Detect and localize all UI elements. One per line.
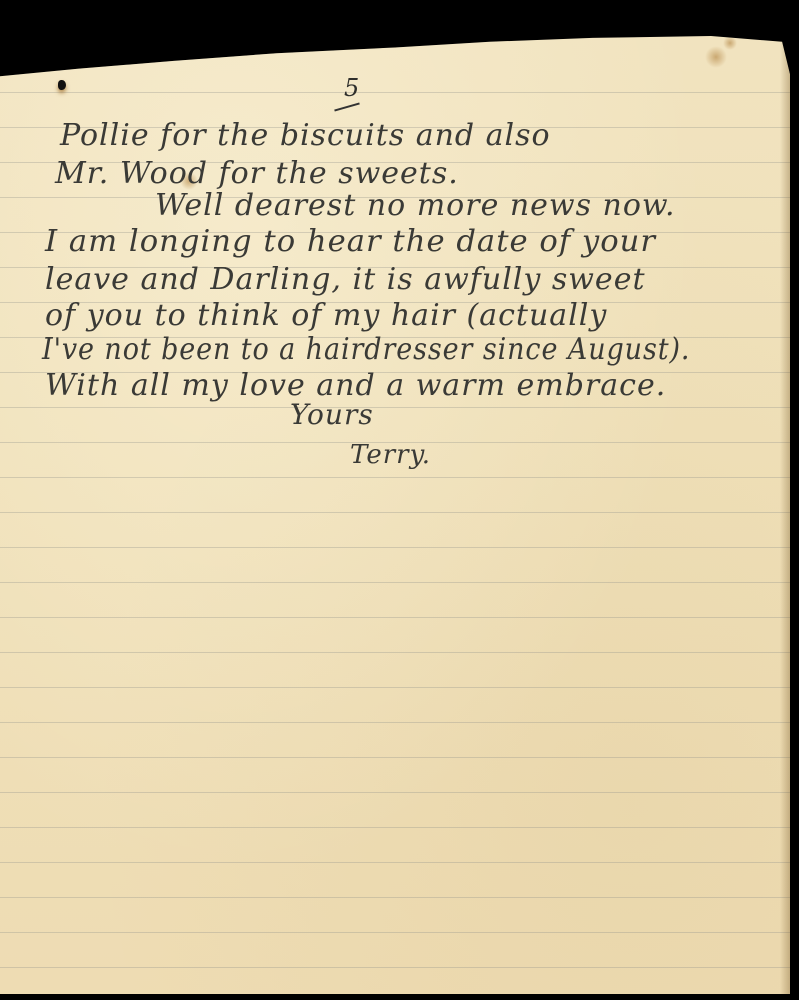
- ruled-line: [0, 862, 790, 863]
- ruled-line: [0, 477, 790, 478]
- ruled-line: [0, 512, 790, 513]
- ruled-line: [0, 687, 790, 688]
- ruled-line: [0, 792, 790, 793]
- ruled-line: [0, 407, 790, 408]
- letter-signature: Terry.: [350, 440, 431, 470]
- ruled-line: [0, 932, 790, 933]
- age-stain: [705, 46, 727, 68]
- letter-line-7: I've not been to a hairdresser since Aug…: [42, 332, 690, 367]
- letter-line-4: I am longing to hear the date of your: [45, 224, 656, 259]
- scan-background: 5 Pollie for the biscuits and also Mr. W…: [0, 0, 799, 1000]
- page-number: 5: [344, 74, 359, 102]
- letter-line-1: Pollie for the biscuits and also: [60, 118, 551, 153]
- paper-hole: [58, 80, 66, 90]
- ruled-line: [0, 757, 790, 758]
- letter-line-5: leave and Darling, it is awfully sweet: [45, 262, 646, 297]
- ruled-line: [0, 722, 790, 723]
- letter-line-6: of you to think of my hair (actually: [45, 298, 607, 333]
- ruled-line: [0, 582, 790, 583]
- ruled-line: [0, 617, 790, 618]
- letter-line-3: Well dearest no more news now.: [155, 188, 676, 223]
- ruled-line: [0, 92, 790, 93]
- ruled-line: [0, 967, 790, 968]
- letter-closing: Yours: [290, 398, 374, 431]
- page-number-underline: [334, 102, 360, 111]
- age-stain: [723, 36, 737, 50]
- letter-line-2: Mr. Wood for the sweets.: [55, 156, 459, 191]
- ruled-line: [0, 897, 790, 898]
- ruled-line: [0, 547, 790, 548]
- letter-page: 5 Pollie for the biscuits and also Mr. W…: [0, 36, 790, 994]
- ruled-line: [0, 827, 790, 828]
- ruled-line: [0, 652, 790, 653]
